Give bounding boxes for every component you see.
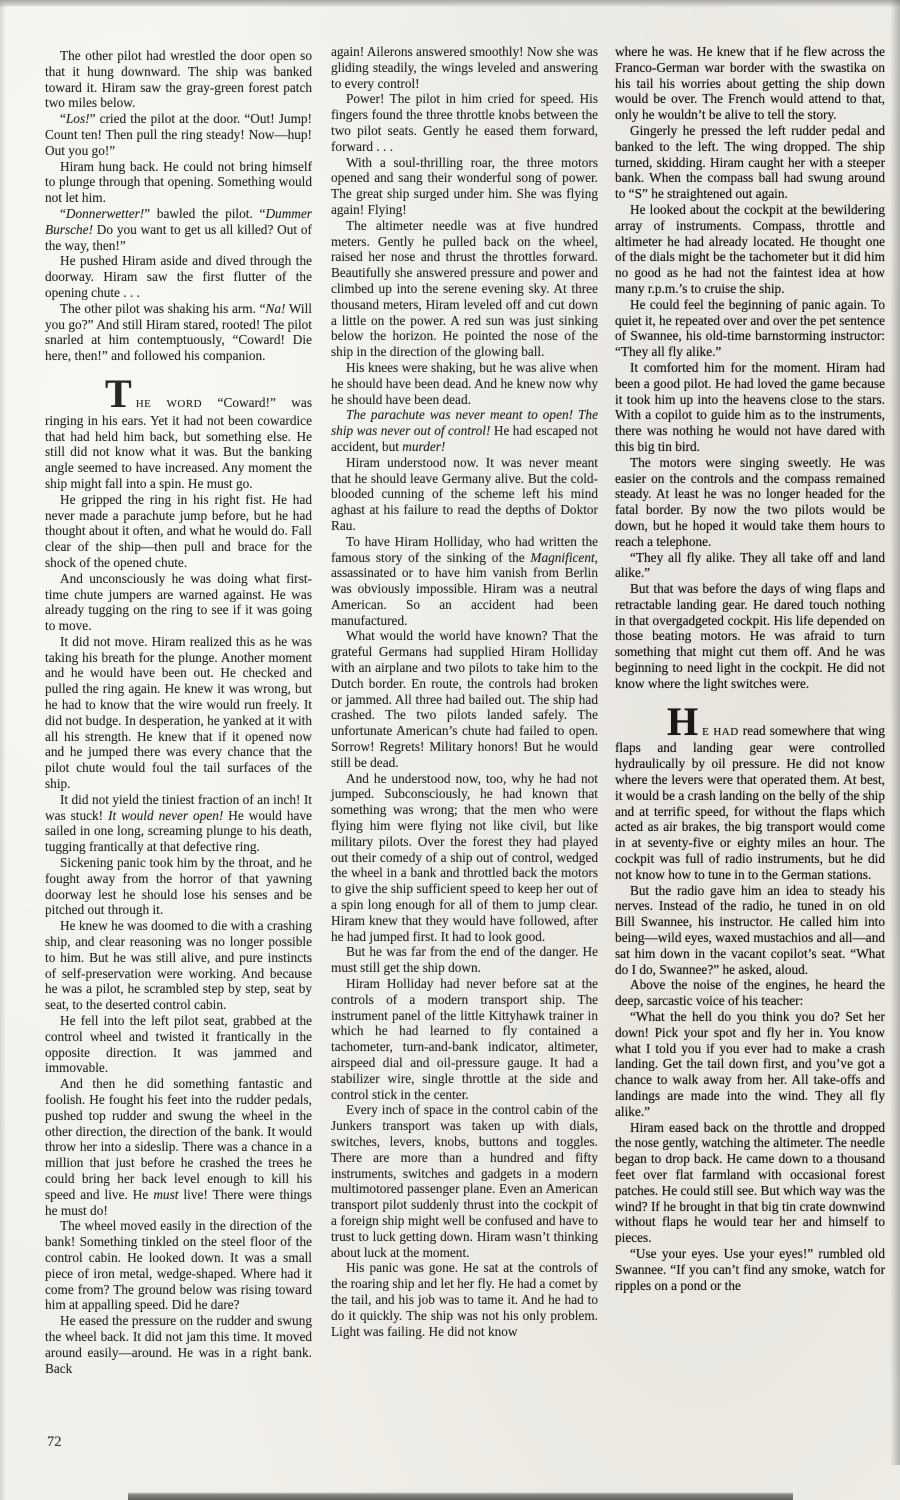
paragraph: Sickening panic took him by the throat, … <box>45 855 312 918</box>
text-run: Every inch of space in the control cabin… <box>331 1102 598 1259</box>
paragraph: And he understood now, too, why he had n… <box>331 771 598 945</box>
text-run: His panic was gone. He sat at the contro… <box>331 1260 598 1338</box>
paragraph: He looked about the cockpit at the bewil… <box>615 202 885 297</box>
text-run: read somewhere that wing flaps and landi… <box>615 723 885 882</box>
text-run: It would never open! <box>108 808 223 823</box>
paragraph: The motors were singing sweetly. He was … <box>615 455 885 550</box>
scan-artifact-top-edge <box>0 0 900 7</box>
small-caps-lead: E HAD <box>702 726 739 738</box>
drop-cap-letter: H <box>667 699 702 744</box>
scan-artifact-right-edge <box>890 0 900 1465</box>
paragraph: He gripped the ring in his right fist. H… <box>45 492 312 571</box>
text-run: The other pilot had wrestled the door op… <box>45 48 312 110</box>
paragraph: Power! The pilot in him cried for speed.… <box>331 91 598 154</box>
paragraph: “Los!” cried the pilot at the door. “Out… <box>45 111 312 158</box>
paragraph: But that was before the days of wing fla… <box>615 581 885 692</box>
text-run: must <box>153 1187 178 1202</box>
paragraph: To have Hiram Holliday, who had written … <box>331 534 598 629</box>
paragraph: The other pilot had wrestled the door op… <box>45 48 312 111</box>
paragraph: again! Ailerons answered smoothly! Now s… <box>331 44 598 91</box>
paragraph: His knees were shaking, but he was alive… <box>331 360 598 407</box>
paragraph: where he was. He knew that if he flew ac… <box>615 44 885 123</box>
text-run: Hiram understood now. It was never meant… <box>331 455 598 533</box>
text-run: He knew he was doomed to die with a cras… <box>45 918 312 1012</box>
paragraph: “They all fly alike. They all take off a… <box>615 550 885 582</box>
paragraph: It did not move. Hiram realized this as … <box>45 634 312 792</box>
text-run: But the radio gave him an idea to steady… <box>615 883 885 977</box>
text-run: again! Ailerons answered smoothly! Now s… <box>331 44 598 91</box>
scanned-page: The other pilot had wrestled the door op… <box>0 0 900 1500</box>
text-run: ” bawled the pilot. “ <box>144 206 265 221</box>
paragraph: With a soul-thrilling roar, the three mo… <box>331 155 598 218</box>
text-run: Hiram hung back. He could not bring hims… <box>45 159 312 206</box>
text-run: Donnerwetter! <box>66 206 144 221</box>
text-run: And then he did something fantastic and … <box>45 1076 312 1202</box>
paragraph: His panic was gone. He sat at the contro… <box>331 1260 598 1339</box>
page-number: 72 <box>47 1434 62 1451</box>
paragraph: Every inch of space in the control cabin… <box>331 1102 598 1260</box>
text-run: murder! <box>402 439 445 454</box>
text-run: It did not move. Hiram realized this as … <box>45 634 312 791</box>
paragraph: Hiram understood now. It was never meant… <box>331 455 598 534</box>
paragraph: He fell into the left pilot seat, grabbe… <box>45 1013 312 1076</box>
paragraph: Hiram Holliday had never before sat at t… <box>331 976 598 1102</box>
paragraph: Above the noise of the engines, he heard… <box>615 977 885 1009</box>
paragraph: “What the hell do you think you do? Set … <box>615 1009 885 1120</box>
paragraph: And then he did something fantastic and … <box>45 1076 312 1218</box>
text-run: Los! <box>66 111 90 126</box>
paragraph: But he was far from the end of the dange… <box>331 944 598 976</box>
text-run: But he was far from the end of the dange… <box>331 944 598 975</box>
text-run: The other pilot was shaking his arm. “ <box>60 301 266 316</box>
text-run: Above the noise of the engines, he heard… <box>615 977 885 1008</box>
text-column-left: The other pilot had wrestled the door op… <box>45 48 312 1376</box>
paragraph: He pushed Hiram aside and dived through … <box>45 253 312 300</box>
text-run: What would the world have known? That th… <box>331 628 598 769</box>
paragraph: And unconsciously he was doing what firs… <box>45 571 312 634</box>
paragraph: Hiram hung back. He could not bring hims… <box>45 159 312 206</box>
text-run: He looked about the cockpit at the bewil… <box>615 202 885 296</box>
text-run: With a soul-thrilling roar, the three mo… <box>331 155 598 217</box>
text-run: His knees were shaking, but he was alive… <box>331 360 598 407</box>
paragraph: THE WORD “Coward!” was ringing in his ea… <box>45 394 312 492</box>
paragraph: “Use your eyes. Use your eyes!” rumbled … <box>615 1246 885 1293</box>
text-run: Hiram eased back on the throttle and dro… <box>615 1120 885 1246</box>
paragraph: Gingerly he pressed the left rudder peda… <box>615 123 885 202</box>
scan-artifact-bottom-edge <box>128 1492 793 1500</box>
paragraph: It did not yield the tiniest fraction of… <box>45 792 312 855</box>
paragraph: It comforted him for the moment. Hiram h… <box>615 360 885 455</box>
paragraph: The parachute was never meant to open! T… <box>331 407 598 454</box>
text-run: He eased the pressure on the rudder and … <box>45 1313 312 1375</box>
text-column-middle: again! Ailerons answered smoothly! Now s… <box>331 44 598 1339</box>
text-run: “They all fly alike. They all take off a… <box>615 550 885 581</box>
text-run: The wheel moved easily in the direction … <box>45 1218 312 1312</box>
paragraph: He eased the pressure on the rudder and … <box>45 1313 312 1376</box>
text-run: It comforted him for the moment. Hiram h… <box>615 360 885 454</box>
text-run: The motors were singing sweetly. He was … <box>615 455 885 549</box>
scan-artifact-left-edge <box>0 0 6 1500</box>
text-run: Magnificent <box>530 550 594 565</box>
text-run: “What the hell do you think you do? Set … <box>615 1009 885 1119</box>
text-run: And he understood now, too, why he had n… <box>331 771 598 944</box>
text-run: Power! The pilot in him cried for speed.… <box>331 91 598 153</box>
text-run: “Use your eyes. Use your eyes!” rumbled … <box>615 1246 885 1293</box>
small-caps-lead: HE WORD <box>136 398 202 410</box>
paragraph: But the radio gave him an idea to steady… <box>615 883 885 978</box>
text-run: And unconsciously he was doing what firs… <box>45 571 312 633</box>
text-column-right: where he was. He knew that if he flew ac… <box>615 44 885 1293</box>
paragraph: The other pilot was shaking his arm. “Na… <box>45 301 312 364</box>
paragraph: Hiram eased back on the throttle and dro… <box>615 1120 885 1246</box>
drop-cap-letter: T <box>105 371 136 416</box>
text-run: He fell into the left pilot seat, grabbe… <box>45 1013 312 1075</box>
text-run: But that was before the days of wing fla… <box>615 581 885 691</box>
text-run: He could feel the beginning of panic aga… <box>615 297 885 359</box>
text-run: The altimeter needle was at five hundred… <box>331 218 598 359</box>
text-run: He gripped the ring in his right fist. H… <box>45 492 312 570</box>
paragraph: The wheel moved easily in the direction … <box>45 1218 312 1313</box>
text-run: where he was. He knew that if he flew ac… <box>615 44 885 122</box>
text-run: Hiram Holliday had never before sat at t… <box>331 976 598 1102</box>
text-run: Gingerly he pressed the left rudder peda… <box>615 123 885 201</box>
paragraph: He knew he was doomed to die with a cras… <box>45 918 312 1013</box>
paragraph: He could feel the beginning of panic aga… <box>615 297 885 360</box>
paragraph: The altimeter needle was at five hundred… <box>331 218 598 360</box>
paragraph: HE HAD read somewhere that wing flaps an… <box>615 722 885 883</box>
text-run: Sickening panic took him by the throat, … <box>45 855 312 917</box>
paragraph: What would the world have known? That th… <box>331 628 598 770</box>
paragraph: “Donnerwetter!” bawled the pilot. “Dumme… <box>45 206 312 253</box>
text-run: He pushed Hiram aside and dived through … <box>45 253 312 300</box>
text-run: Na! <box>266 301 286 316</box>
